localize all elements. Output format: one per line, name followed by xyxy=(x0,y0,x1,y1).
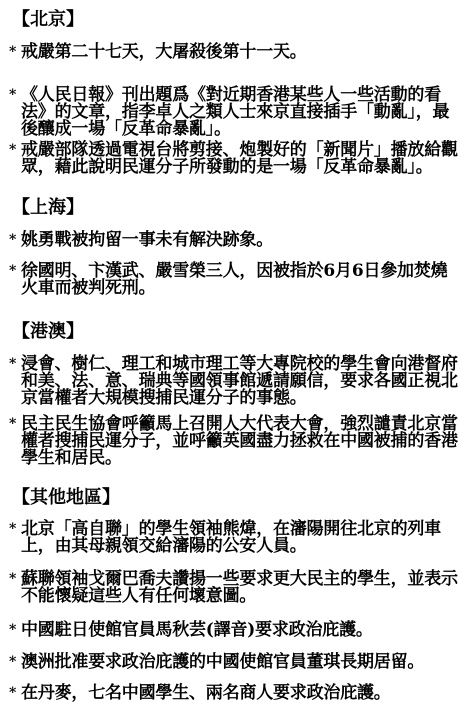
section-heading-hk-macau: 【港澳】 xyxy=(12,322,84,342)
bullet-star-icon: * xyxy=(9,654,16,670)
item-text: 戒嚴部隊透過電視台將剪接、炮製好的「新聞片」播放給觀眾，藉此說明民運分子所發動的… xyxy=(21,142,461,176)
bullet-star-icon: * xyxy=(9,571,16,587)
list-item: * 《人民日報》刊出題爲《對近期香港某些人一些活動的看法》的文章，指李卓人之類人… xyxy=(9,87,461,138)
bullet-star-icon: * xyxy=(9,44,16,60)
list-item: * 蘇聯領袖戈爾巴喬夫讚揚一些要求更大民主的學生，並表示不能懷疑這些人有任何壞意… xyxy=(9,571,461,605)
list-item: * 中國駐日使館官員馬秋芸(譯音)要求政治庇護。 xyxy=(9,622,461,639)
list-item: * 民主民生協會呼籲馬上召開人大代表大會，強烈譴責北京當權者搜捕民運分子，並呼籲… xyxy=(9,416,461,467)
section-heading-shanghai: 【上海】 xyxy=(12,198,84,218)
item-text: 《人民日報》刊出題爲《對近期香港某些人一些活動的看法》的文章，指李卓人之類人士來… xyxy=(21,87,461,138)
item-text: 北京「高自聯」的學生領袖熊煒，在瀋陽開往北京的列車上，由其母親領交給瀋陽的公安人… xyxy=(21,521,461,555)
list-item: * 徐國明、卞漢武、嚴雪榮三人，因被指於6月6日參加焚燒火車而被判死刑。 xyxy=(9,263,461,297)
section-heading-beijing: 【北京】 xyxy=(12,10,84,30)
bullet-star-icon: * xyxy=(9,356,16,372)
bullet-star-icon: * xyxy=(9,622,16,638)
item-text: 中國駐日使館官員馬秋芸(譯音)要求政治庇護。 xyxy=(21,622,461,639)
list-item: * 浸會、樹仁、理工和城市理工等大專院校的學生會向港督府和美、法、意、瑞典等國領… xyxy=(9,356,461,407)
section-heading-other-regions: 【其他地區】 xyxy=(12,488,120,508)
item-text: 澳洲批准要求政治庇護的中國使館官員董琪長期居留。 xyxy=(21,654,461,671)
document: 【北京】 * 戒嚴第二十七天，大屠殺後第十一天。 * 《人民日報》刊出題爲《對近… xyxy=(0,0,465,712)
item-text: 在丹麥，七名中國學生、兩名商人要求政治庇護。 xyxy=(21,685,461,702)
item-text: 民主民生協會呼籲馬上召開人大代表大會，強烈譴責北京當權者搜捕民運分子，並呼籲英國… xyxy=(21,416,461,467)
list-item: * 戒嚴部隊透過電視台將剪接、炮製好的「新聞片」播放給觀眾，藉此說明民運分子所發… xyxy=(9,142,461,176)
item-text: 浸會、樹仁、理工和城市理工等大專院校的學生會向港督府和美、法、意、瑞典等國領事館… xyxy=(21,356,461,407)
list-item: * 在丹麥，七名中國學生、兩名商人要求政治庇護。 xyxy=(9,685,461,702)
item-text: 戒嚴第二十七天，大屠殺後第十一天。 xyxy=(21,44,461,61)
list-item: * 姚勇戰被拘留一事未有解決跡象。 xyxy=(9,232,461,249)
bullet-star-icon: * xyxy=(9,521,16,537)
bullet-star-icon: * xyxy=(9,263,16,279)
item-text: 徐國明、卞漢武、嚴雪榮三人，因被指於6月6日參加焚燒火車而被判死刑。 xyxy=(21,263,461,297)
bullet-star-icon: * xyxy=(9,142,16,158)
item-text: 蘇聯領袖戈爾巴喬夫讚揚一些要求更大民主的學生，並表示不能懷疑這些人有任何壞意圖。 xyxy=(21,571,461,605)
item-text: 姚勇戰被拘留一事未有解決跡象。 xyxy=(21,232,461,249)
list-item: * 澳洲批准要求政治庇護的中國使館官員董琪長期居留。 xyxy=(9,654,461,671)
list-item: * 北京「高自聯」的學生領袖熊煒，在瀋陽開往北京的列車上，由其母親領交給瀋陽的公… xyxy=(9,521,461,555)
bullet-star-icon: * xyxy=(9,685,16,701)
bullet-star-icon: * xyxy=(9,87,16,103)
bullet-star-icon: * xyxy=(9,416,16,432)
list-item: * 戒嚴第二十七天，大屠殺後第十一天。 xyxy=(9,44,461,61)
bullet-star-icon: * xyxy=(9,232,16,248)
